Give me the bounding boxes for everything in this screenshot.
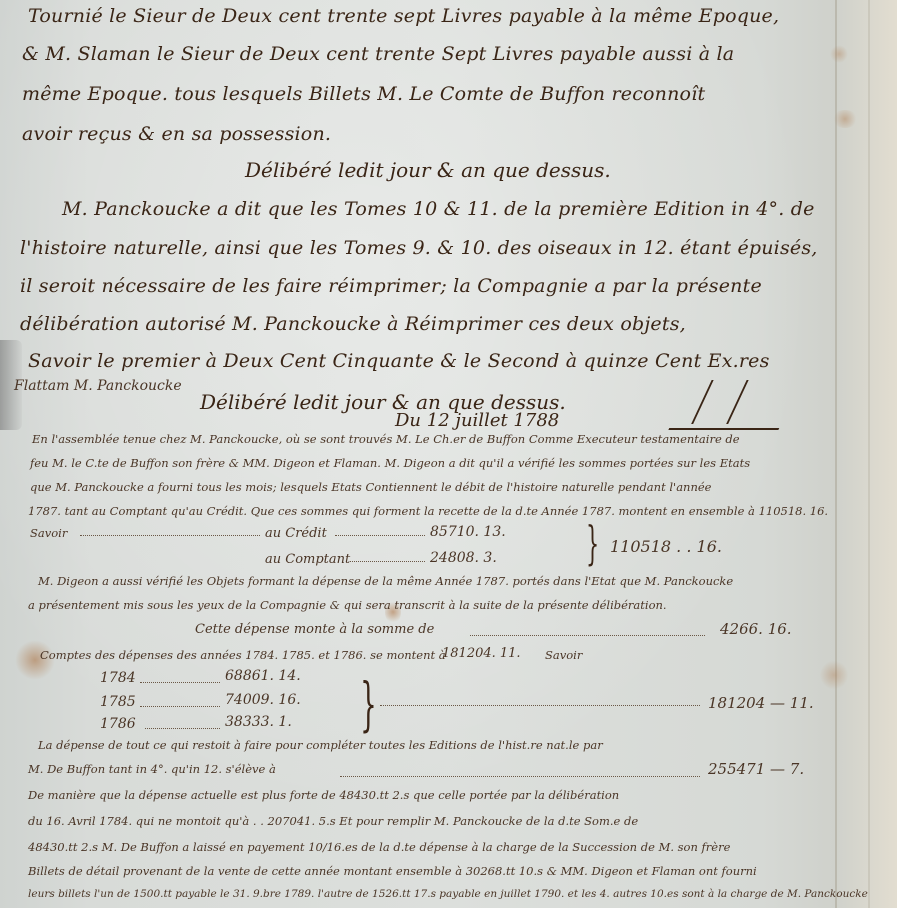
text-line: Billets de détail provenant de la vente … bbox=[28, 864, 757, 878]
text-line: 1787. tant au Comptant qu'au Crédit. Que… bbox=[28, 504, 828, 518]
paper-edge bbox=[868, 0, 870, 908]
margin-signature: Flattam M. Panckoucke bbox=[14, 378, 182, 394]
resolution-heading: Délibéré ledit jour & an que dessus. bbox=[245, 158, 611, 182]
receipt-amount: 24808. 3. bbox=[430, 550, 497, 566]
signature-mark bbox=[668, 380, 801, 430]
text-line: que M. Panckoucke a fourni tous les mois… bbox=[30, 480, 711, 494]
paper-fold bbox=[835, 0, 837, 908]
text-line: délibération autorisé M. Panckoucke à Ré… bbox=[20, 313, 686, 335]
text-line: & M. Slaman le Sieur de Deux cent trente… bbox=[22, 43, 734, 65]
receipt-amount: 85710. 13. bbox=[430, 524, 506, 540]
text-line: l'histoire naturelle, ainsi que les Tome… bbox=[20, 237, 818, 259]
dotted-leader bbox=[145, 728, 220, 730]
dotted-leader bbox=[380, 705, 700, 707]
text-line: 48430.tt 2.s M. De Buffon a laissé en pa… bbox=[28, 840, 730, 854]
expense-total-label: Cette dépense monte à la somme de bbox=[195, 622, 434, 637]
dotted-leader bbox=[340, 776, 700, 778]
manuscript-page: Tournié le Sieur de Deux cent trente sep… bbox=[0, 0, 897, 908]
dotted-leader bbox=[470, 635, 705, 637]
completion-amount: 255471 — 7. bbox=[708, 760, 804, 778]
text-line: M. Digeon a aussi vérifié les Objets for… bbox=[38, 574, 733, 588]
text-line: En l'assemblée tenue chez M. Panckoucke,… bbox=[32, 432, 740, 446]
text-line: a présentement mis sous les yeux de la C… bbox=[28, 598, 667, 612]
dotted-leader bbox=[350, 561, 425, 563]
receipt-label: au Crédit bbox=[265, 526, 327, 541]
year-amount: 68861. 14. bbox=[225, 668, 301, 684]
year-label: 1785 bbox=[100, 694, 136, 710]
expense-total-amount: 4266. 16. bbox=[720, 620, 792, 638]
dotted-leader bbox=[140, 682, 220, 684]
text-line: il seroit nécessaire de les faire réimpr… bbox=[20, 275, 762, 297]
text-line: même Epoque. tous lesquels Billets M. Le… bbox=[22, 83, 705, 105]
dotted-leader bbox=[335, 535, 425, 537]
ink-stain bbox=[832, 110, 858, 128]
yearly-total: 181204 — 11. bbox=[708, 694, 814, 712]
text-line: Tournié le Sieur de Deux cent trente sep… bbox=[28, 5, 779, 27]
dotted-leader bbox=[140, 706, 220, 708]
accounts-suffix: Savoir bbox=[545, 648, 582, 662]
year-amount: 74009. 16. bbox=[225, 692, 301, 708]
dotted-leader bbox=[80, 535, 260, 537]
receipts-total: 110518 . . 16. bbox=[610, 537, 722, 556]
year-label: 1784 bbox=[100, 670, 136, 686]
receipts-label: Savoir bbox=[30, 526, 67, 540]
text-line: avoir reçus & en sa possession. bbox=[22, 123, 331, 145]
text-line: leurs billets l'un de 1500.tt payable le… bbox=[28, 888, 868, 900]
text-line: M. De Buffon tant in 4°. qu'in 12. s'élè… bbox=[28, 762, 276, 776]
text-line: du 16. Avril 1784. qui ne montoit qu'à .… bbox=[28, 814, 638, 828]
ink-stain bbox=[830, 45, 848, 63]
year-amount: 38333. 1. bbox=[225, 714, 292, 730]
brace-icon: } bbox=[360, 670, 377, 738]
accounts-label: Comptes des dépenses des années 1784. 17… bbox=[40, 648, 446, 662]
receipt-label: au Comptant bbox=[265, 552, 350, 567]
text-line: feu M. le C.te de Buffon son frère & MM.… bbox=[30, 456, 750, 470]
text-line: La dépense de tout ce qui restoit à fair… bbox=[38, 738, 603, 752]
text-line: De manière que la dépense actuelle est p… bbox=[28, 788, 619, 802]
brace-icon: } bbox=[586, 516, 599, 570]
text-line: M. Panckoucke a dit que les Tomes 10 & 1… bbox=[62, 198, 815, 220]
year-label: 1786 bbox=[100, 716, 136, 732]
ink-stain bbox=[820, 660, 848, 690]
accounts-amount: 181204. 11. bbox=[442, 646, 521, 661]
text-line: Savoir le premier à Deux Cent Cinquante … bbox=[28, 350, 770, 372]
date-heading: Du 12 juillet 1788 bbox=[395, 410, 559, 431]
